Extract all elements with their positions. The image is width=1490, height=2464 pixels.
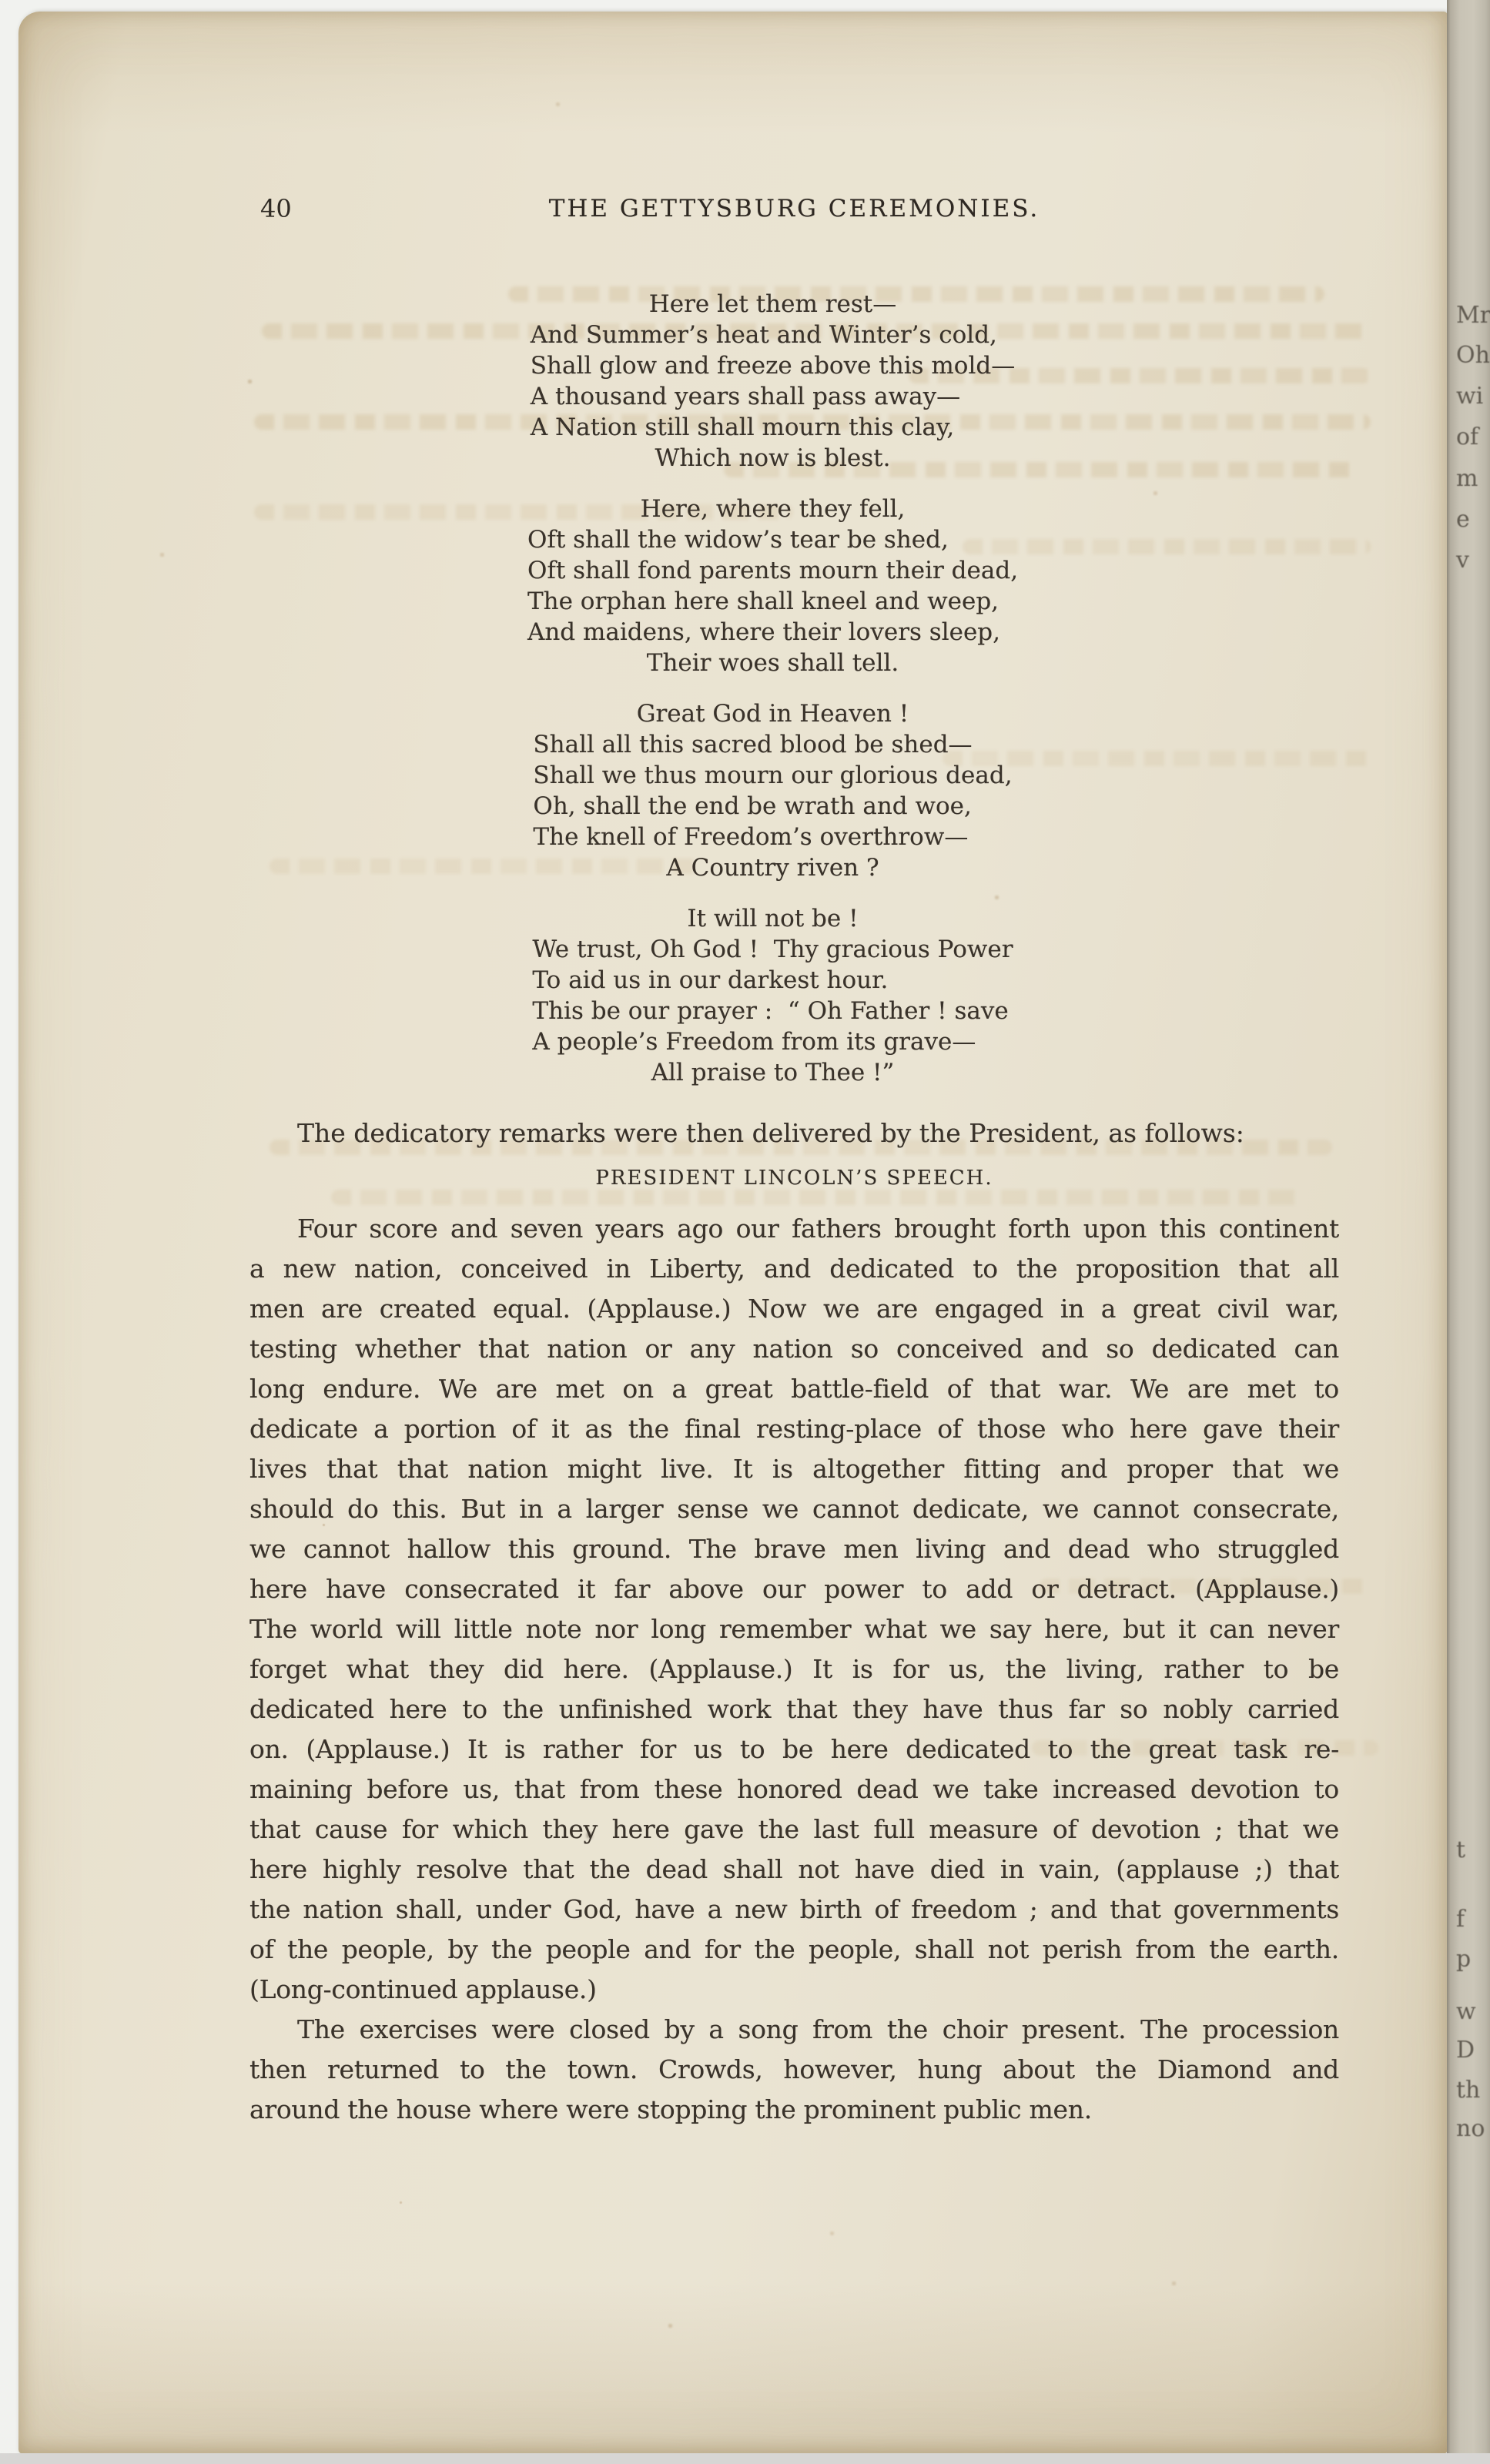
poem-line: Oh, shall the end be wrath and woe, — [533, 791, 1012, 822]
speech-line: should do this. But in a larger sense we… — [249, 1489, 1339, 1529]
speech-line: of the people, by the people and for the… — [249, 1930, 1339, 1970]
poem-line: Here, where they fell, — [527, 494, 1018, 524]
poem-line: Great God in Heaven ! — [533, 698, 1012, 729]
adjacent-text-fragment: th — [1456, 2079, 1480, 2102]
closing-line: then returned to the town. Crowds, howev… — [249, 2050, 1339, 2090]
poem-stanza: It will not be ! We trust, Oh God ! Thy … — [532, 903, 1013, 1088]
speech-line: lives that that nation might live. It is… — [249, 1449, 1339, 1489]
poem-line: Oft shall the widow’s tear be shed, — [527, 524, 1018, 555]
text-block: THE GETTYSBURG CEREMONIES. 40 Here let t… — [249, 12, 1339, 2454]
adjacent-text-fragment: wi — [1456, 385, 1483, 408]
speech-line: the nation shall, under God, have a new … — [249, 1890, 1339, 1930]
adjacent-text-fragment: D — [1456, 2039, 1475, 2062]
adjacent-text-fragment: w — [1456, 2000, 1476, 2024]
speech-heading: PRESIDENT LINCOLN’S SPEECH. — [249, 1167, 1339, 1190]
paper-specks — [18, 12, 19, 12]
poem-line: This be our prayer : “ Oh Father ! save — [532, 996, 1013, 1026]
closing-paragraph: The exercises were closed by a song from… — [249, 2010, 1339, 2130]
closing-line: around the house where were stopping the… — [249, 2090, 1339, 2130]
poem-line: It will not be ! — [532, 903, 1013, 934]
adjacent-page-edge: Mr Oh wi of m e v t f p w D th no — [1447, 0, 1490, 2464]
poem-line: Shall glow and freeze above this mold— — [531, 350, 1015, 381]
poem-line: Shall we thus mourn our glorious dead, — [533, 760, 1012, 791]
poem-line: Oft shall fond parents mourn their dead, — [527, 555, 1018, 586]
poem-line: And Summer’s heat and Winter’s cold, — [531, 320, 1015, 350]
scanner-bed — [0, 2453, 1490, 2464]
speech-line: testing whether that nation or any natio… — [249, 1329, 1339, 1369]
speech-line: we cannot hallow this ground. The brave … — [249, 1529, 1339, 1569]
speech-line: here highly resolve that the dead shall … — [249, 1850, 1339, 1890]
page-header: THE GETTYSBURG CEREMONIES. 40 — [249, 193, 1339, 224]
adjacent-text-fragment: f — [1456, 1908, 1465, 1931]
speech-line: The world will little note nor long reme… — [249, 1609, 1339, 1649]
speech-line: dedicated here to the unfinished work th… — [249, 1689, 1339, 1729]
book-page: THE GETTYSBURG CEREMONIES. 40 Here let t… — [18, 12, 1448, 2454]
poem-line: A thousand years shall pass away— — [531, 381, 1015, 412]
poem-line: Their woes shall tell. — [527, 648, 1018, 678]
adjacent-text-fragment: Mr — [1456, 304, 1490, 327]
page-number: 40 — [260, 193, 292, 224]
poem-line: Which now is blest. — [531, 443, 1015, 474]
poem-line: The orphan here shall kneel and weep, — [527, 586, 1018, 617]
poem-line: Here let them rest— — [531, 289, 1015, 320]
book-scan: { "document": { "page_number": "40", "ru… — [0, 0, 1490, 2464]
running-header: THE GETTYSBURG CEREMONIES. — [249, 193, 1339, 224]
adjacent-text-fragment: e — [1456, 508, 1470, 531]
adjacent-text-fragment: of — [1456, 426, 1478, 449]
speech-line: that cause for which they here gave the … — [249, 1809, 1339, 1850]
speech-line: dedicate a portion of it as the final re… — [249, 1409, 1339, 1449]
poem-line: The knell of Freedom’s overthrow— — [533, 822, 1012, 852]
speech-paragraph: Four score and seven years ago our fathe… — [249, 1209, 1339, 2010]
poem-line: Shall all this sacred blood be shed— — [533, 729, 1012, 760]
poem-line: A people’s Freedom from its grave— — [532, 1026, 1013, 1057]
adjacent-text-fragment: p — [1456, 1948, 1471, 1971]
adjacent-text-fragment: v — [1456, 549, 1469, 572]
closing-line: The exercises were closed by a song from… — [249, 2010, 1339, 2050]
poem-line: All praise to Thee !” — [532, 1057, 1013, 1088]
speech-line: maining before us, that from these honor… — [249, 1769, 1339, 1809]
speech-line: a new nation, conceived in Liberty, and … — [249, 1249, 1339, 1289]
poem-stanza: Here let them rest— And Summer’s heat an… — [531, 289, 1015, 474]
poem-line: A Country riven ? — [533, 852, 1012, 883]
poem-line: And maidens, where their lovers sleep, — [527, 617, 1018, 648]
poem-line: A Nation still shall mourn this clay, — [531, 412, 1015, 443]
adjacent-text-fragment: Oh — [1456, 344, 1490, 367]
intro-line: The dedicatory remarks were then deliver… — [249, 1113, 1339, 1153]
speech-line: on. (Applause.) It is rather for us to b… — [249, 1729, 1339, 1769]
speech-line: (Long-continued applause.) — [249, 1970, 1339, 2010]
poem-line: We trust, Oh God ! Thy gracious Power — [532, 934, 1013, 965]
speech-line: men are created equal. (Applause.) Now w… — [249, 1289, 1339, 1329]
adjacent-text-fragment: no — [1456, 2117, 1485, 2141]
adjacent-text-fragment: m — [1456, 467, 1478, 490]
poem: Here let them rest— And Summer’s heat an… — [249, 289, 1339, 1108]
speech-line: long endure. We are met on a great battl… — [249, 1369, 1339, 1409]
poem-stanza: Here, where they fell, Oft shall the wid… — [527, 494, 1018, 678]
speech-line: forget what they did here. (Applause.) I… — [249, 1649, 1339, 1689]
poem-stanza: Great God in Heaven ! Shall all this sac… — [533, 698, 1012, 883]
poem-line: To aid us in our darkest hour. — [532, 965, 1013, 996]
adjacent-text-fragment: t — [1456, 1839, 1465, 1862]
speech-line: Four score and seven years ago our fathe… — [249, 1209, 1339, 1249]
speech-line: here have consecrated it far above our p… — [249, 1569, 1339, 1609]
